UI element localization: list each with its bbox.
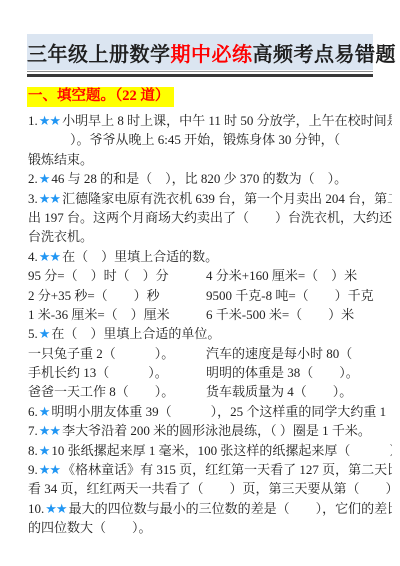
star-icon: ★ [39,443,52,458]
fill-blank-left-cell: 手机长约 13（ ）。 [28,363,206,382]
question-line: 4.★★在（ ）里填上合适的数。 [28,247,392,266]
title-underline-thin [27,71,373,72]
star-icon: ★ [39,326,52,341]
two-column-line: 爸爸一天工作 8（ ）。货车载质量为 4（ ）。 [28,382,392,401]
question-text: 在（ ）里填上合适的数。 [62,249,218,264]
continuation-line: ）。爷爷从晚上 6:45 开始，锻炼身体 30 分钟，（ ） [28,130,392,149]
fill-blank-left-cell: 爸爸一天工作 8（ ）。 [28,382,206,401]
two-column-line: 一只兔子重 2（ ）。汽车的速度是每小时 80（ ）。 [28,344,392,363]
question-number: 10. [28,501,45,516]
question-text: 汇德隆家电原有洗衣机 639 台，第一个月卖出 204 台，第二个月卖 [62,191,392,206]
star-icon: ★★ [39,113,62,128]
question-number: 2. [28,171,39,186]
title-block: 三年级上册数学期中必练高频考点易错题 [27,34,373,77]
question-number: 3. [28,191,39,206]
fill-blank-left-cell: 一只兔子重 2（ ）。 [28,344,206,363]
two-column-line: 手机长约 13（ ）。明明的体重是 38（ ）。 [28,363,392,382]
continuation-line: 出 197 台。这两个月商场大约卖出了（ ）台洗衣机，大约还剩（ ） [28,208,392,227]
question-line: 6.★明明小朋友体重 39（ ），25 个这样重的同学大约重 1（ ）。 [28,402,392,421]
page-title-highlight: 期中必练 [171,44,253,66]
star-icon: ★★ [39,423,62,438]
continuation-line: 的四位数大（ ）。 [28,518,392,537]
question-text: 李大爷沿着 200 米的圆形泳池晨练，（ ）圈是 1 千米。 [62,423,371,438]
page-title-suffix: 高频考点易错题 [253,44,397,66]
title-underline-thick [27,74,373,77]
continuation-line: 锻炼结束。 [28,150,392,169]
continuation-line: 看 34 页，红红两天一共看了（ ）页，第三天要从第（ ）页开始看。 [28,479,392,498]
question-text: 明明小朋友体重 39（ ），25 个这样重的同学大约重 1（ ）。 [51,404,392,419]
worksheet-body: 1.★★小明早上 8 时上课，中午 11 时 50 分放学，上午在校时间是（）。… [28,111,392,538]
question-number: 6. [28,404,39,419]
question-line: 10.★★最大的四位数与最小的三位数的差是（ ），它们的差比最小 [28,499,392,518]
question-number: 7. [28,423,39,438]
continuation-line: 台洗衣机。 [28,227,392,246]
fill-blank-right-cell: 明明的体重是 38（ ）。 [206,363,392,382]
fill-blank-left-cell: 95 分=（ ）时（ ）分 [28,266,206,285]
question-text: 在（ ）里填上合适的单位。 [51,326,220,341]
fill-blank-right-cell: 6 千米-500 米=（ ）米 [206,305,392,324]
question-line: 7.★★李大爷沿着 200 米的圆形泳池晨练，（ ）圈是 1 千米。 [28,421,392,440]
fill-blank-left-cell: 1 米-36 厘米=（ ）厘米 [28,305,206,324]
question-number: 4. [28,249,39,264]
star-icon: ★ [39,171,52,186]
question-line: 1.★★小明早上 8 时上课，中午 11 时 50 分放学，上午在校时间是（ [28,111,392,130]
question-text: 10 张纸摞起来厚 1 毫米，100 张这样的纸摞起来厚（ ）。 [51,443,392,458]
fill-blank-right-cell: 汽车的速度是每小时 80（ ）。 [206,344,392,363]
star-icon: ★★ [39,249,62,264]
question-line: 8.★10 张纸摞起来厚 1 毫米，100 张这样的纸摞起来厚（ ）。 [28,441,392,460]
question-text: 《格林童话》有 315 页，红红第一天看了 127 页，第二天比第一天少 [62,462,392,477]
fill-blank-right-cell: 4 分米+160 厘米=（ ）米 [206,266,392,285]
question-text: 46 与 28 的和是（ ），比 820 少 370 的数为（ ）。 [51,171,347,186]
question-number: 1. [28,113,39,128]
question-text: 最大的四位数与最小的三位数的差是（ ），它们的差比最小 [69,501,392,516]
star-icon: ★★ [39,462,62,477]
question-line: 9.★★《格林童话》有 315 页，红红第一天看了 127 页，第二天比第一天少 [28,460,392,479]
star-icon: ★★ [39,191,62,206]
question-text: 小明早上 8 时上课，中午 11 时 50 分放学，上午在校时间是（ [62,113,392,128]
page-title-prefix: 三年级上册数学 [27,44,171,66]
question-line: 3.★★汇德隆家电原有洗衣机 639 台，第一个月卖出 204 台，第二个月卖 [28,189,392,208]
question-line: 5.★在（ ）里填上合适的单位。 [28,324,392,343]
page-title: 三年级上册数学期中必练高频考点易错题 [27,34,373,70]
fill-blank-right-cell: 货车载质量为 4（ ）。 [206,382,392,401]
section-header: 一、填空题。（22 道） [27,87,174,107]
two-column-line: 1 米-36 厘米=（ ）厘米6 千米-500 米=（ ）米 [28,305,392,324]
question-number: 5. [28,326,39,341]
star-icon: ★ [39,404,52,419]
fill-blank-right-cell: 9500 千克-8 吨=（ ）千克 [206,286,392,305]
section-header-row: 一、填空题。（22 道） [27,87,373,107]
question-line: 2.★46 与 28 的和是（ ），比 820 少 370 的数为（ ）。 [28,169,392,188]
two-column-line: 95 分=（ ）时（ ）分4 分米+160 厘米=（ ）米 [28,266,392,285]
star-icon: ★★ [45,501,68,516]
two-column-line: 2 分+35 秒=（ ）秒9500 千克-8 吨=（ ）千克 [28,286,392,305]
fill-blank-left-cell: 2 分+35 秒=（ ）秒 [28,286,206,305]
question-number: 9. [28,462,39,477]
question-number: 8. [28,443,39,458]
